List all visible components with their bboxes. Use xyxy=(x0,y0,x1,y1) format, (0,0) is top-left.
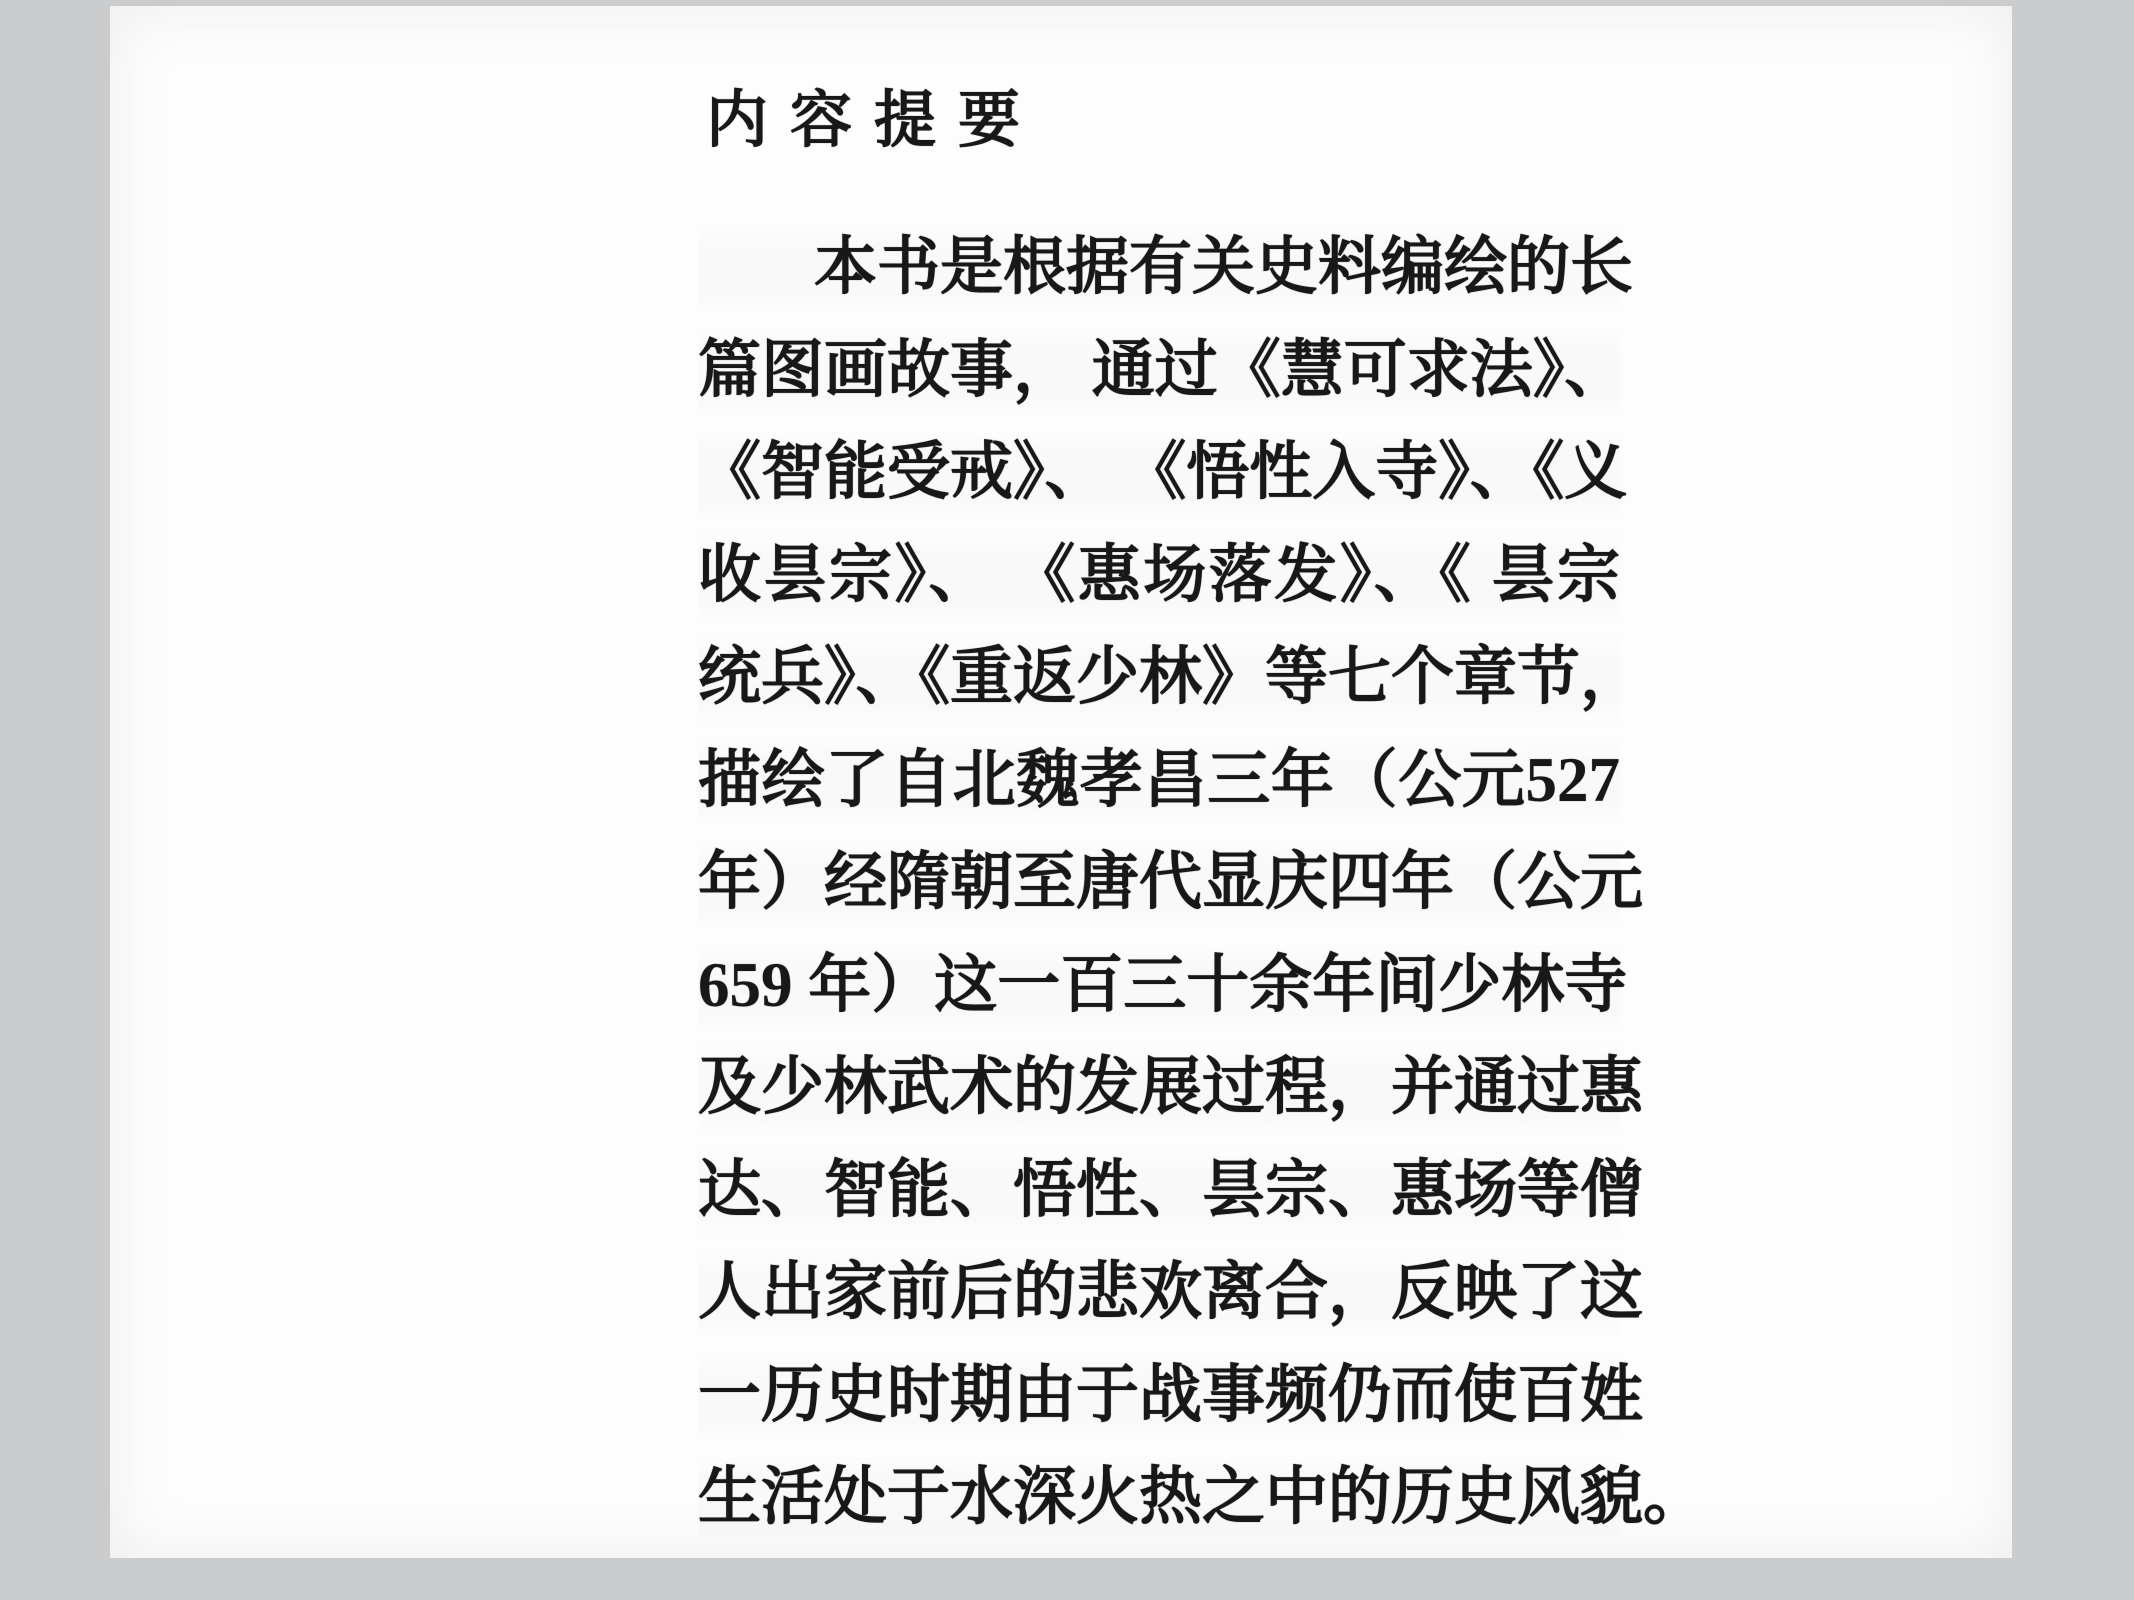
paragraph: 本书是根据有关史料编绘的长篇图画故事， 通过《慧可求法》、《智能受戒》、 《悟性… xyxy=(698,216,1620,1549)
scanned-book-page: 内容提要 本书是根据有关史料编绘的长篇图画故事， 通过《慧可求法》、《智能受戒》… xyxy=(0,0,2134,1600)
text-line: 统兵》、《重返少林》等七个章节， xyxy=(698,626,1620,729)
text-line: 《智能受戒》、 《悟性入寺》、《义 xyxy=(698,421,1620,524)
page-title: 内容提要 xyxy=(706,70,1042,159)
text-line: 人出家前后的悲欢离合，反映了这 xyxy=(698,1241,1620,1344)
text-line: 及少林武术的发展过程，并通过惠 xyxy=(698,1036,1620,1139)
text-line: 一历史时期由于战事频仍而使百姓 xyxy=(698,1344,1620,1447)
text-line: 描绘了自北魏孝昌三年（公元527 xyxy=(698,729,1620,832)
text-line: 659 年）这一百三十余年间少林寺 xyxy=(698,934,1620,1037)
text-line: 年）经隋朝至唐代显庆四年（公元 xyxy=(698,831,1620,934)
text-line: 达、智能、悟性、昙宗、惠场等僧 xyxy=(698,1139,1620,1242)
paper-sheet: 内容提要 本书是根据有关史料编绘的长篇图画故事， 通过《慧可求法》、《智能受戒》… xyxy=(110,6,2012,1558)
text-line: 篇图画故事， 通过《慧可求法》、 xyxy=(698,319,1620,422)
text-line: 生活处于水深火热之中的历史风貌。 xyxy=(698,1446,1620,1549)
text-line: 本书是根据有关史料编绘的长 xyxy=(698,216,1620,319)
text-line: 收昙宗》、 《惠场落发》、《 昙宗 xyxy=(698,524,1620,627)
